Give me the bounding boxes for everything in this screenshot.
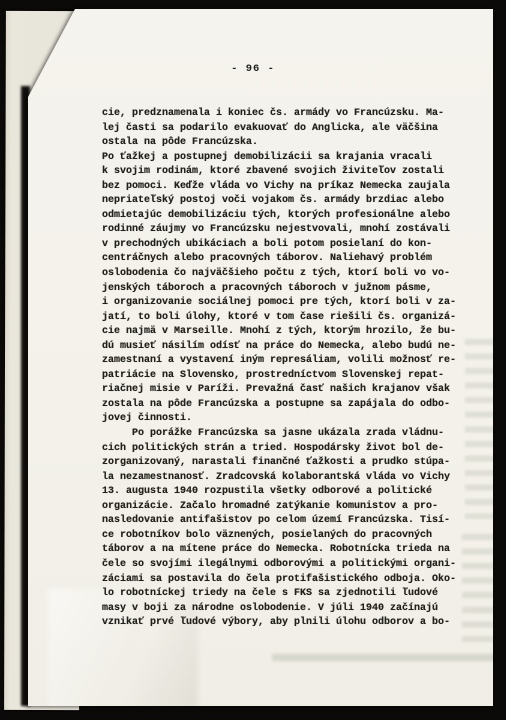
text-line: Po ťažkej a postupnej demobilizácii sa k… <box>102 151 482 166</box>
text-line: nepriateľský postoj voči vojakom čs. arm… <box>102 194 482 209</box>
text-line: rodinné záujmy vo Francúzsku nejestvoval… <box>102 223 482 238</box>
text-line: ce robotníkov bolo väznených, posielanýc… <box>102 529 482 544</box>
text-line: jenských táboroch a pracovných táboroch … <box>102 282 482 297</box>
text-line: cie najmä v Marseille. Mnohí z tých, kto… <box>102 325 482 340</box>
text-line: záciami sa postavila do čela protifašist… <box>102 573 482 588</box>
text-line: Po porážke Francúzska sa jasne ukázala z… <box>102 427 482 442</box>
show-through-line <box>272 654 502 661</box>
text-line: i organizovanie sociálnej pomoci pre týc… <box>102 296 482 311</box>
text-line: centráčnych alebo pracovných táborov. Na… <box>102 252 482 267</box>
text-line: organizácie. Začalo hromadné zatýkanie k… <box>102 500 482 515</box>
text-line: cich politických strán a tried. Hospodár… <box>102 442 482 457</box>
text-line: zamestnaní a vystavení iným represáliam,… <box>102 354 482 369</box>
text-line: dú musieť násilím odísť na práce do Neme… <box>102 340 482 355</box>
text-line: jatí, to boli úlohy, ktoré v tom čase ri… <box>102 311 482 326</box>
text-line: cie, predznamenala i koniec čs. armády v… <box>102 107 482 122</box>
text-line: oslobodenia čo najväčšieho počtu z tých,… <box>102 267 482 282</box>
text-line: odmietajúc demobilizáciu tých, ktorých p… <box>102 209 482 224</box>
text-line: táborov a na mítene práce do Nemecka. Ro… <box>102 543 482 558</box>
text-line: jovej činnosti. <box>102 412 482 427</box>
page-number: - 96 - <box>0 63 506 75</box>
text-line: 13. augusta 1940 rozpustila všetky odbor… <box>102 485 482 500</box>
text-line: v prechodných ubikáciach a boli potom po… <box>102 238 482 253</box>
text-line: bez pomoci. Keďže vláda vo Vichy na prík… <box>102 180 482 195</box>
body-text: cie, predznamenala i koniec čs. armády v… <box>102 107 482 631</box>
text-line: lej časti sa podarilo evakuovať do Angli… <box>102 122 482 137</box>
text-line: patriácie na Slovensko, prostredníctvom … <box>102 369 482 384</box>
text-line: k svojim rodinám, ktoré zbavené svojich … <box>102 165 482 180</box>
text-line: nasledovanie antifašistov po celom území… <box>102 514 482 529</box>
text-line: ostala na pôde Francúzska. <box>102 136 482 151</box>
text-line: zostala na pôde Francúzska a postupne sa… <box>102 398 482 413</box>
text-line: la nezamestnanosť. Zradcovská kolaborant… <box>102 471 482 486</box>
text-line: vznikať prvé ľudové výbory, aby plnili ú… <box>102 616 482 631</box>
text-line: masy v boji za národne oslobodenie. V jú… <box>102 602 482 617</box>
text-line: riačnej misie v Paríži. Prevažná časť na… <box>102 383 482 398</box>
text-line: zorganizovaný, narastali finančné ťažkos… <box>102 456 482 471</box>
text-line: lo robotníckej triedy na čele s FKS sa z… <box>102 587 482 602</box>
scanned-book-page: - 96 - cie, predznamenala i koniec čs. a… <box>0 0 506 720</box>
text-line: čele so svojími ilegálnymi odborovými a … <box>102 558 482 573</box>
